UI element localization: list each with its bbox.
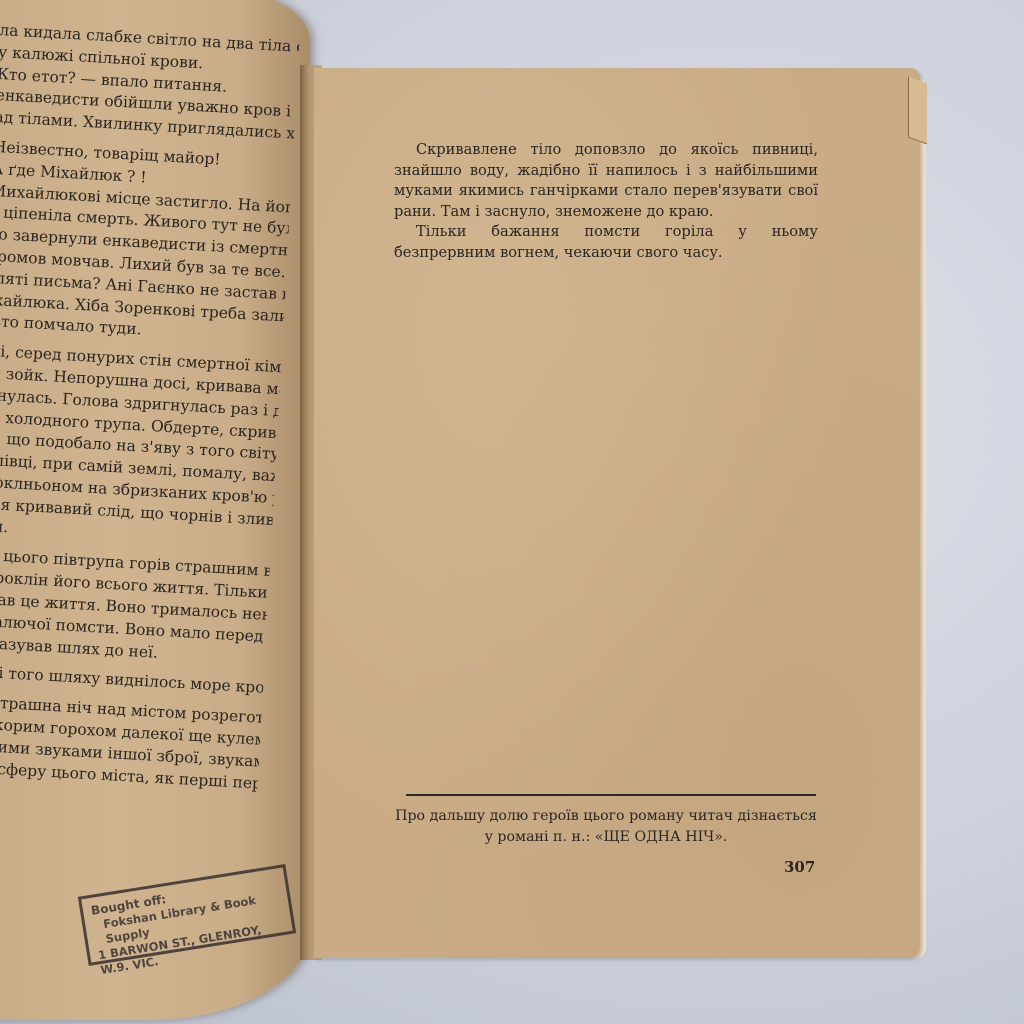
paragraph: Скривавлене тіло доповзло до якоїсь пивн… — [394, 140, 818, 222]
torn-corner — [908, 77, 927, 145]
page-number: 307 — [784, 858, 815, 876]
footnote: Про дальшу долю героїв цього роману чита… — [394, 806, 818, 848]
left-page-text: ла кидала слабке світло на два тіла спле… — [0, 20, 300, 817]
footnote-divider — [396, 794, 816, 796]
right-page-body: Скривавлене тіло доповзло до якоїсь пивн… — [394, 140, 818, 264]
paragraph: Тільки бажання помсти горіла у ньому без… — [394, 222, 818, 263]
